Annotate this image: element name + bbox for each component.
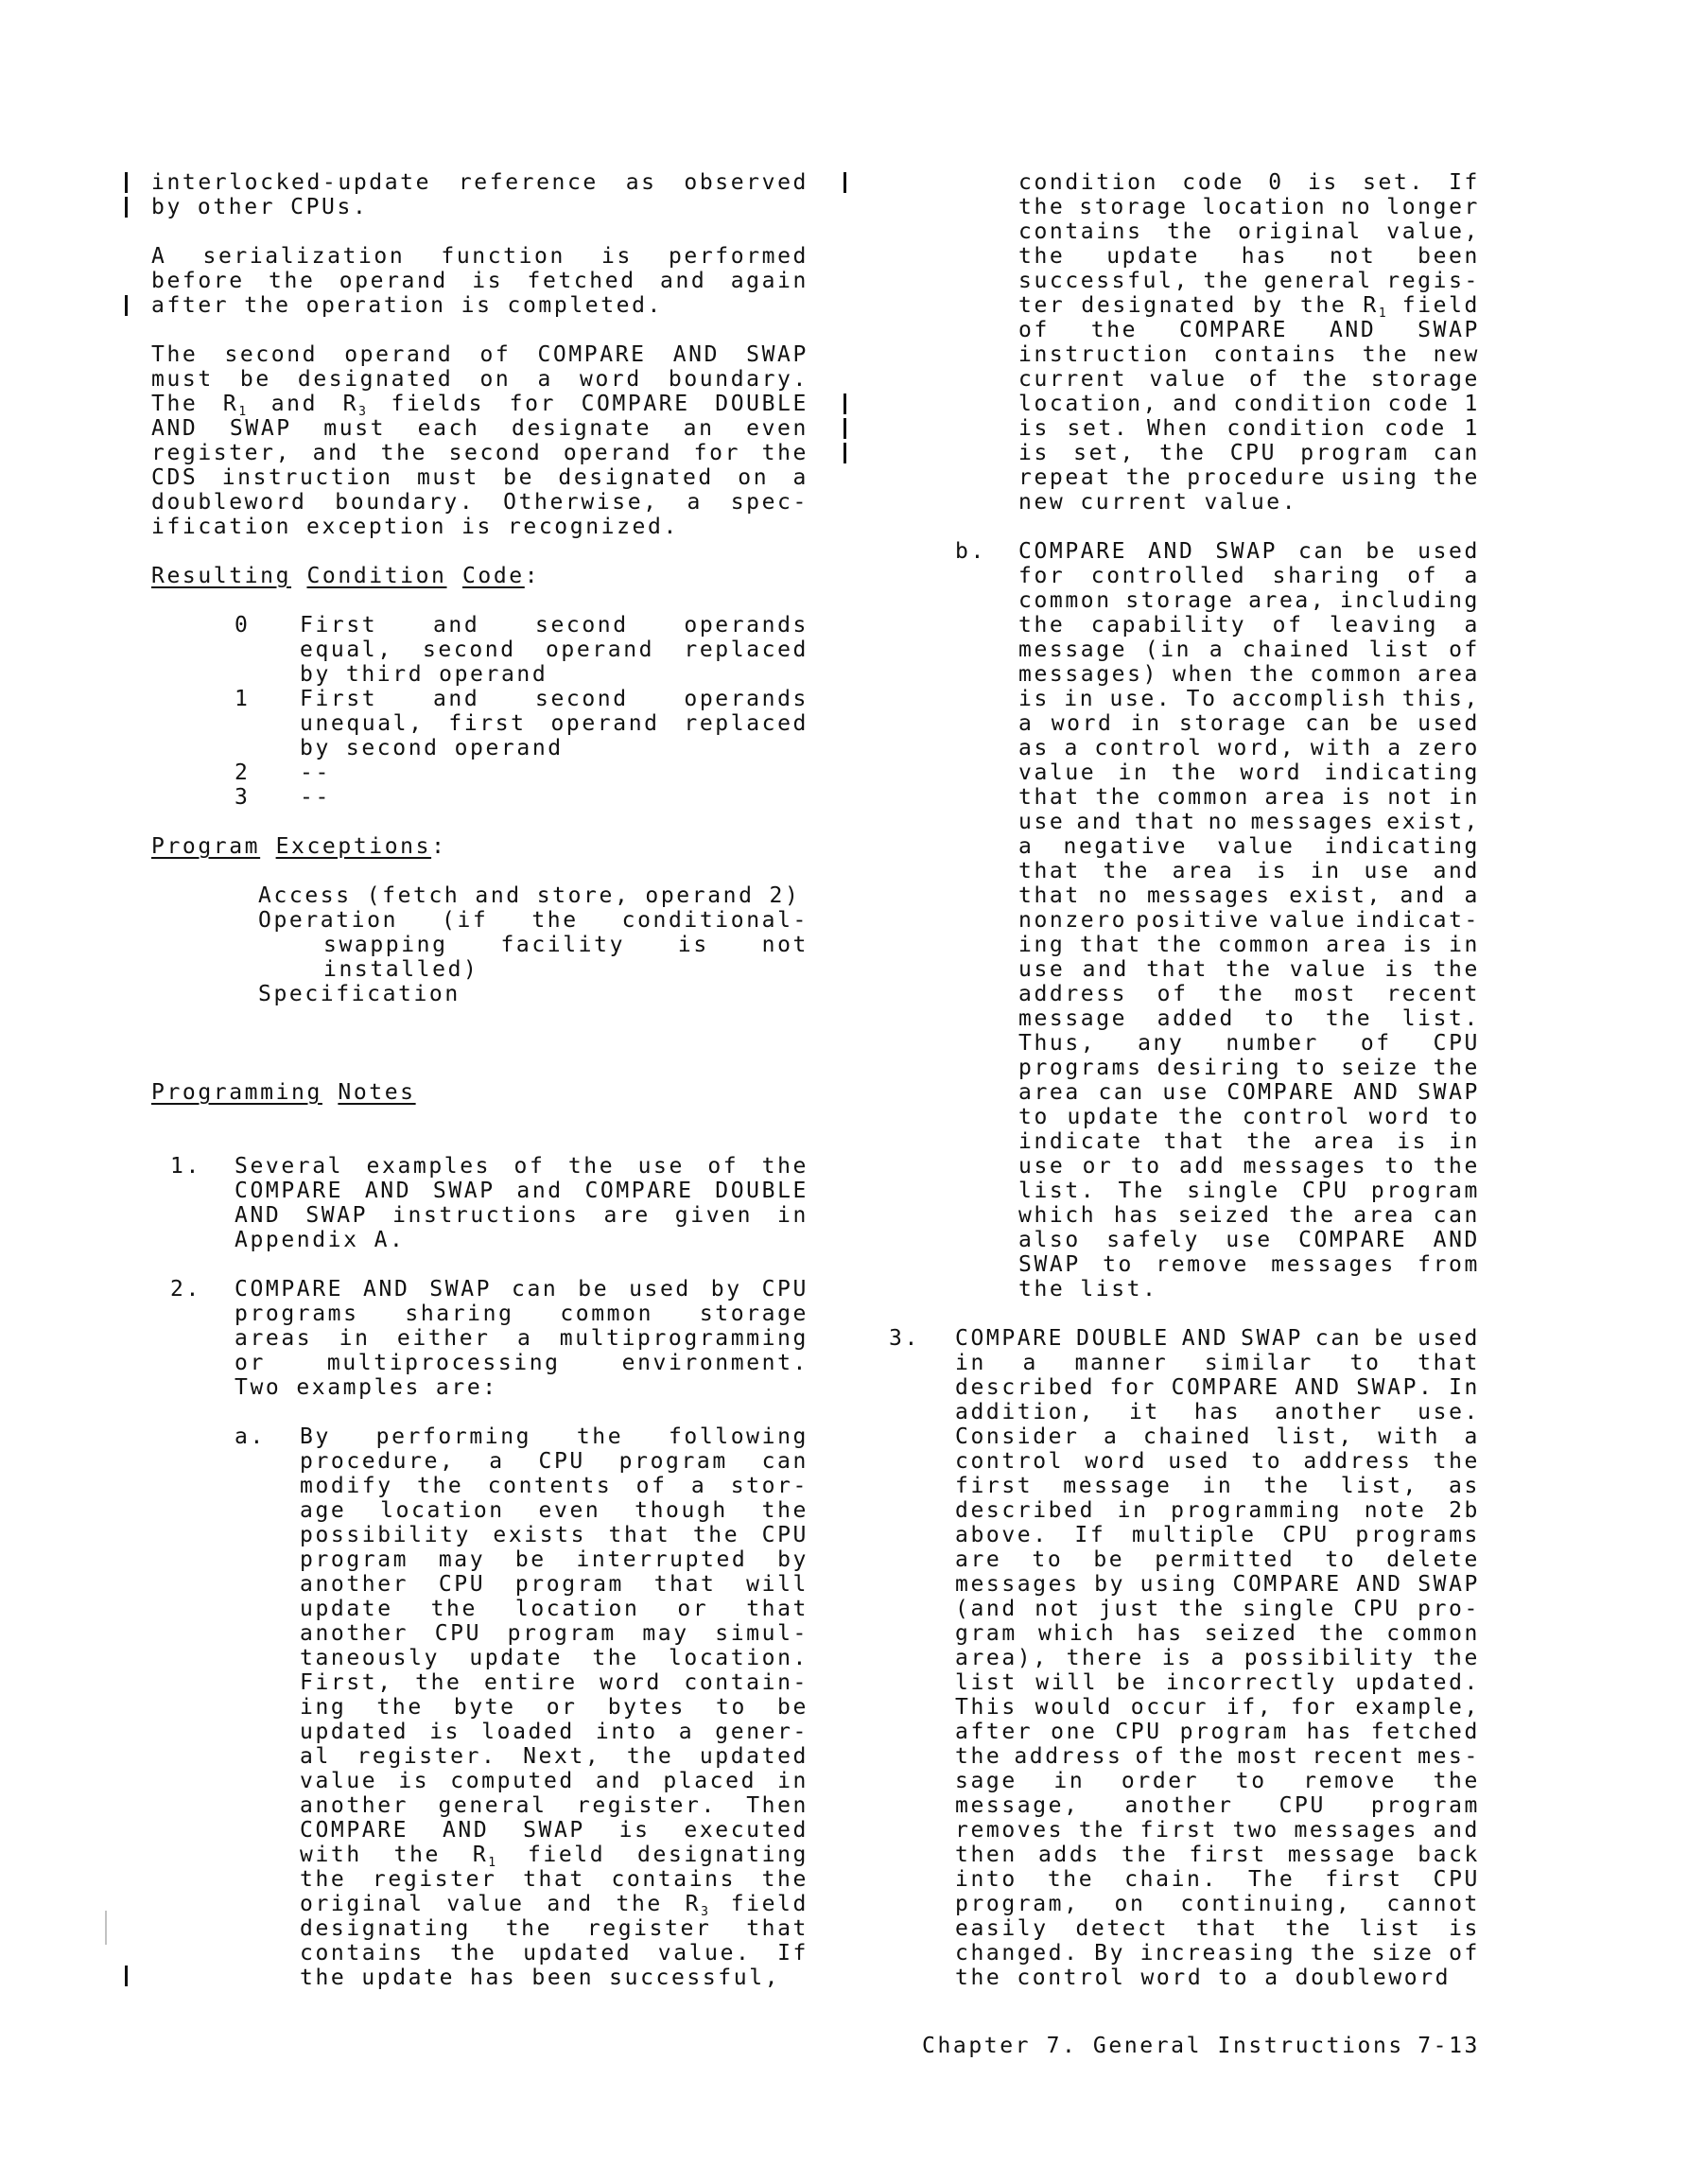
text-line: Operation(iftheconditional- [258,908,809,933]
text-line: Twoexamplesare: [235,1375,809,1400]
text-line: Firstandsecondoperands [300,613,809,638]
text-line: theaddressofthemostrecentmes- [955,1744,1480,1769]
note-number: 3. [889,1326,920,1351]
text-line: thecapabilityofleavinga [1018,613,1480,638]
text-line: message(inachainedlistof [1018,638,1480,662]
text-line: installed) [323,957,809,982]
paragraph-operand-boundary: ThesecondoperandofCOMPAREANDSWAPmustbede… [151,342,809,539]
text-line: isinuse.Toaccomplishthis, [1018,687,1480,711]
text-line: oftheCOMPAREANDSWAP [1018,318,1480,342]
text-line: designatingtheregisterthat [300,1916,809,1941]
text-line: containstheoriginalvalue, [1018,219,1480,244]
revision-bar [843,418,846,439]
text-line: thatthecommonareaisnotin [1018,785,1480,810]
condition-code-value: 2 [235,760,250,785]
condition-code-item: 0Firstandsecondoperandsequal,secondopera… [151,613,809,687]
text-line: describedforCOMPAREANDSWAP.In [955,1375,1480,1400]
text-line: ingthebyteorbytestobe [300,1695,809,1720]
text-line: messageaddedtothelist. [1018,1006,1480,1031]
text-line: theupdatehasnotbeen [1018,244,1480,269]
text-line: AppendixA. [235,1228,809,1252]
text-line: aretobepermittedtodelete [955,1547,1480,1572]
text-line: Thus,anynumberofCPU [1018,1031,1480,1056]
text-line: COMPAREANDSWAPandCOMPAREDOUBLE [235,1179,809,1203]
text-line: COMPAREANDSWAPcanbeused [1018,539,1480,564]
text-line: areasineitheramultiprogramming [235,1326,809,1351]
text-line: program,oncontinuing,cannot [955,1892,1480,1916]
text-line: changed.Byincreasingthesizeof [955,1941,1480,1966]
text-line: controlwordusedtoaddressthe [955,1449,1480,1474]
text-line: message,anotherCPUprogram [955,1793,1480,1818]
condition-code-value: 1 [235,687,250,711]
note-2a-continued: conditioncode0isset.Ifthestoragelocation… [889,170,1480,515]
program-exceptions-list: Access(fetchandstore,operand2)Operation(… [151,883,809,1006]
text-line: CDSinstructionmustbedesignatedona [151,465,809,490]
revision-bar [843,443,846,463]
scan-speck [105,1911,107,1945]
text-line: theregisterthatcontainsthe [300,1867,809,1892]
text-line: useandthatthevalueisthe [1018,957,1480,982]
text-line: forcontrolledsharingofa [1018,564,1480,588]
text-line: (andnotjustthesingleCPUpro- [955,1597,1480,1621]
text-line: thecontrolwordtoadoubleword [955,1966,1480,1990]
text-line: programmaybeinterruptedby [300,1547,809,1572]
text-line: TheR1andR3fieldsforCOMPAREDOUBLE [151,392,809,416]
text-line: repeattheprocedureusingthe [1018,465,1480,490]
text-line: addition,ithasanotheruse. [955,1400,1480,1424]
text-line: ANDSWAPinstructionsaregivenin [235,1203,809,1228]
text-line: updatethelocationorthat [300,1597,809,1621]
condition-code-item: 2-- [151,760,809,785]
text-line: Access(fetchandstore,operand2) [258,883,809,908]
text-line: anotherCPUprogramthatwill [300,1572,809,1597]
text-line: beforetheoperandisfetchedandagain [151,269,809,293]
text-line: thenaddsthefirstmessageback [955,1843,1480,1867]
text-line: interlocked-updatereferenceasobserved [151,170,809,195]
text-line: procedure,aCPUprogramcan [300,1449,809,1474]
text-line: register,andthesecondoperandforthe [151,441,809,465]
left-column: interlocked-updatereferenceasobservedbyo… [151,170,809,1990]
text-line: nonzeropositivevalueindicat- [1018,908,1480,933]
note-number: 1. [170,1154,201,1179]
page-number: 7-13 [1417,2034,1480,2058]
programming-note-2b: b. COMPAREANDSWAPcanbeusedforcontrolleds… [889,539,1480,1302]
note-letter: a. [235,1424,266,1449]
text-line: SWAPtoremovemessagesfrom [1018,1252,1480,1277]
text-line: Thiswouldoccurif,forexample, [955,1695,1480,1720]
right-column: conditioncode0isset.Ifthestoragelocation… [889,170,1480,1990]
text-line: messagesbyusingCOMPAREANDSWAP [955,1572,1480,1597]
page-footer: Chapter 7. General Instructions 7-13 [922,2034,1480,2058]
text-line: anothergeneralregister.Then [300,1793,809,1818]
text-line: ANDSWAPmusteachdesignateaneven [151,416,809,441]
text-line: possibilityexiststhattheCPU [300,1523,809,1547]
text-line: programssharingcommonstorage [235,1302,809,1326]
text-line: Aserializationfunctionisperformed [151,244,809,269]
text-line: conditioncode0isset.If [1018,170,1480,195]
text-line: messages)whenthecommonarea [1018,662,1480,687]
footer-chapter-title: Chapter 7. General Instructions [922,2034,1404,2058]
text-line: currentvalueofthestorage [1018,367,1480,392]
text-line: containstheupdatedvalue.If [300,1941,809,1966]
text-line: anotherCPUprogrammaysimul- [300,1621,809,1646]
text-line: list.ThesingleCPUprogram [1018,1179,1480,1203]
programming-note-3: 3. COMPAREDOUBLEANDSWAPcanbeusedinamanne… [889,1326,1480,1990]
text-line: thattheareaisinuseand [1018,859,1480,883]
text-line: location,andconditioncode1 [1018,392,1480,416]
text-line: -- [300,785,809,810]
text-line: Firstandsecondoperands [300,687,809,711]
text-line: originalvalueandtheR3field [300,1892,809,1916]
text-line: thatnomessagesexist,anda [1018,883,1480,908]
text-line: above.IfmultipleCPUprograms [955,1523,1480,1547]
text-line: listwillbeincorrectlyupdated. [955,1670,1480,1695]
text-line: terdesignatedbytheR1field [1018,293,1480,318]
text-line: equal,secondoperandreplaced [300,638,809,662]
text-line: useortoaddmessagestothe [1018,1154,1480,1179]
text-line: removesthefirsttwomessagesand [955,1818,1480,1843]
note-letter: b. [955,539,986,564]
text-line: First,theentirewordcontain- [300,1670,809,1695]
text-line: indicatethattheareaisin [1018,1129,1480,1154]
text-line: ThesecondoperandofCOMPAREANDSWAP [151,342,809,367]
programming-notes-heading: Programming Notes [151,1080,809,1105]
text-line: inamannersimilartothat [955,1351,1480,1375]
revision-bar [125,197,128,218]
text-line: Considerachainedlist,witha [955,1424,1480,1449]
text-line: agelocationeventhoughthe [300,1498,809,1523]
text-line: modifythecontentsofastor- [300,1474,809,1498]
text-line: toupdatethecontrolwordto [1018,1105,1480,1129]
text-line: mustbedesignatedonawordboundary. [151,367,809,392]
text-line: byotherCPUs. [151,195,809,219]
text-line: COMPAREANDSWAPcanbeusedbyCPU [235,1277,809,1302]
text-line: anegativevalueindicating [1018,834,1480,859]
text-line: programsdesiringtoseizethe [1018,1056,1480,1080]
text-line: valueinthewordindicating [1018,760,1480,785]
text-line: afteroneCPUprogramhasfetched [955,1720,1480,1744]
text-line: areacanuseCOMPAREANDSWAP [1018,1080,1480,1105]
text-line: successful,thegeneralregis- [1018,269,1480,293]
text-line: bysecondoperand [300,736,809,760]
text-line: firstmessageinthelist,as [955,1474,1480,1498]
text-line: swappingfacilityisnot [323,933,809,957]
program-exceptions-heading: Program Exceptions: [151,834,809,859]
text-line: Specification [258,982,809,1006]
text-line: ificationexceptionisrecognized. [151,515,809,539]
text-line: addressofthemostrecent [1018,982,1480,1006]
text-line: gramwhichhasseizedthecommon [955,1621,1480,1646]
text-line: ormultiprocessingenvironment. [235,1351,809,1375]
text-line: isset,theCPUprogramcan [1018,441,1480,465]
resulting-condition-code-heading: Resulting Condition Code: [151,564,809,588]
text-line: easilydetectthatthelistis [955,1916,1480,1941]
note-number: 2. [170,1277,201,1302]
text-line: COMPAREANDSWAPisexecuted [300,1818,809,1843]
text-line: alregister.Next,theupdated [300,1744,809,1769]
revision-bar [125,172,128,193]
condition-code-list: 0Firstandsecondoperandsequal,secondopera… [151,613,809,810]
text-line: updatedisloadedintoagener- [300,1720,809,1744]
programming-note-2: 2. COMPAREANDSWAPcanbeusedbyCPUprogramss… [151,1277,809,1400]
revision-bar [125,1966,128,1986]
text-line: describedinprogrammingnote2b [955,1498,1480,1523]
text-line: bythirdoperand [300,662,809,687]
condition-code-value: 3 [235,785,250,810]
condition-code-item: 3-- [151,785,809,810]
text-line: useandthatnomessagesexist, [1018,810,1480,834]
text-line: whichhasseizedtheareacan [1018,1203,1480,1228]
text-line: COMPAREDOUBLEANDSWAPcanbeused [955,1326,1480,1351]
text-line: thelist. [1018,1277,1480,1302]
text-line: thestoragelocationnolonger [1018,195,1480,219]
revision-bar [843,172,846,193]
text-line: valueiscomputedandplacedin [300,1769,809,1793]
text-line: -- [300,760,809,785]
text-line: awordinstoragecanbeused [1018,711,1480,736]
condition-code-value: 0 [235,613,250,638]
text-line: taneouslyupdatethelocation. [300,1646,809,1670]
text-line: ingthatthecommonareaisin [1018,933,1480,957]
text-line: aftertheoperationiscompleted. [151,293,809,318]
text-line: instructioncontainsthenew [1018,342,1480,367]
text-line: area),thereisapossibilitythe [955,1646,1480,1670]
text-line: Severalexamplesoftheuseofthe [235,1154,809,1179]
text-line: asacontrolword,withazero [1018,736,1480,760]
text-line: commonstoragearea,including [1018,588,1480,613]
paragraph-serialization: Aserializationfunctionisperformedbeforet… [151,244,809,318]
text-line: newcurrentvalue. [1018,490,1480,515]
text-line: Byperformingthefollowing [300,1424,809,1449]
text-line: isset.Whenconditioncode1 [1018,416,1480,441]
text-line: doublewordboundary.Otherwise,aspec- [151,490,809,515]
programming-note-1: 1. SeveralexamplesoftheuseoftheCOMPAREAN… [151,1154,809,1252]
document-page: interlocked-updatereferenceasobservedbyo… [0,0,1687,2184]
text-line: theupdatehasbeensuccessful, [300,1966,809,1990]
revision-bar [843,393,846,414]
text-line: sageinordertoremovethe [955,1769,1480,1793]
programming-note-2a: a. Byperformingthefollowingprocedure,aCP… [151,1424,809,1990]
paragraph-interlocked: interlocked-updatereferenceasobservedbyo… [151,170,809,219]
condition-code-item: 1Firstandsecondoperandsunequal,firstoper… [151,687,809,760]
text-line: withtheR1fielddesignating [300,1843,809,1867]
text-line: unequal,firstoperandreplaced [300,711,809,736]
revision-bar [125,295,128,316]
text-line: alsosafelyuseCOMPAREAND [1018,1228,1480,1252]
text-line: intothechain.ThefirstCPU [955,1867,1480,1892]
